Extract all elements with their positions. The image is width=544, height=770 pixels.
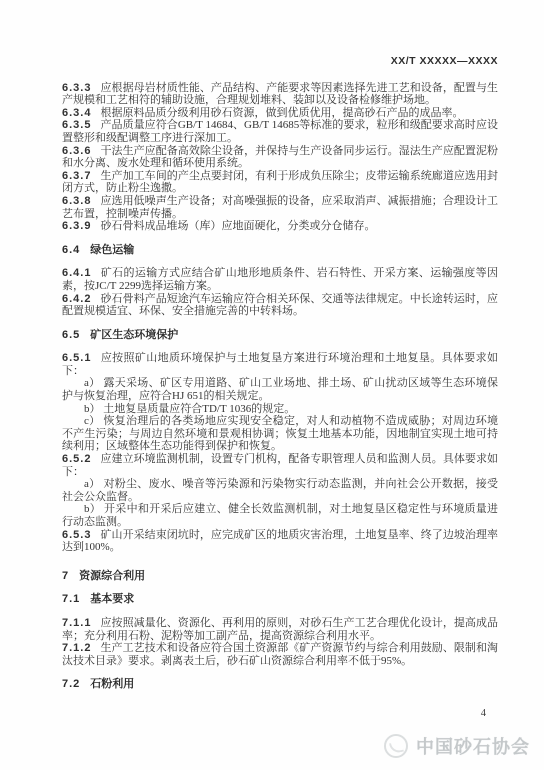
clause-6-5-2: 6.5.2应建立环境监测机制，设置专门机构，配备专职管理人员和监测人员。具体要求… <box>62 453 498 478</box>
chapter-title: 资源综合利用 <box>79 570 145 582</box>
clause-6-3-6: 6.3.6干法生产应配备高效除尘设备，并保持与生产设备同步运行。湿法生产应配置泥… <box>62 145 498 170</box>
standard-number-header: XX/T XXXXX—XXXX <box>62 55 498 68</box>
clause-6-3-8: 6.3.8应选用低噪声生产设备；对高噪强振的设备，应采取消声、减振措施；合理设计… <box>62 195 498 220</box>
section-number: 7.2 <box>62 678 80 690</box>
list-item-a: a） 露天采场、矿区专用道路、矿山工业场地、排土场、矿山扰动区域等生态环境保护与… <box>62 377 498 402</box>
clause-text: 应根据母岩材质性能、产品结构、产能要求等因素选择先进工艺和设备，配置与生产规模和… <box>62 82 498 107</box>
clause-number: 6.3.4 <box>62 107 91 119</box>
clause-6-4-2: 6.4.2砂石骨料产品短途汽车运输应符合相关环保、交通等法律规定。中长途转运时，… <box>62 293 498 318</box>
association-logo-icon <box>384 734 408 758</box>
clause-number: 6.4.1 <box>62 267 91 279</box>
section-title: 绿色运输 <box>90 244 134 256</box>
clause-6-4-1: 6.4.1矿石的运输方式应结合矿山地形地质条件、岩石特性、开采方案、运输强度等因… <box>62 267 498 292</box>
clause-6-3-4: 6.3.4根据原料品质分级利用砂石资源，做到优质优用，提高砂石产品的成品率。 <box>62 107 498 120</box>
section-heading-7-2: 7.2石粉利用 <box>62 678 498 691</box>
clause-text: 根据原料品质分级利用砂石资源，做到优质优用，提高砂石产品的成品率。 <box>100 107 463 119</box>
clause-6-3-5: 6.3.5产品质量应符合GB/T 14684、GB/T 14685等标准的要求，… <box>62 119 498 144</box>
section-number: 7.1 <box>62 593 80 605</box>
clause-text: 产品质量应符合GB/T 14684、GB/T 14685等标准的要求，粒形和级配… <box>62 119 498 144</box>
clause-6-5-1: 6.5.1应按照矿山地质环境保护与土地复垦方案进行环境治理和土地复垦。具体要求如… <box>62 352 498 377</box>
page-number: 4 <box>481 708 486 719</box>
clause-number: 6.4.2 <box>62 293 91 305</box>
clause-text: 应选用低噪声生产设备；对高噪强振的设备，应采取消声、减振措施；合理设计工艺布置，… <box>62 195 498 220</box>
clause-number: 6.3.3 <box>62 82 91 94</box>
clause-text: 矿山开采结束闭坑时，应完成矿区的地质灾害治理，土地复垦率、终了边坡治理率达到10… <box>62 529 498 554</box>
clause-number: 6.3.6 <box>62 145 91 157</box>
clause-6-5-3: 6.5.3矿山开采结束闭坑时，应完成矿区的地质灾害治理，土地复垦率、终了边坡治理… <box>62 529 498 554</box>
clause-number: 7.1.1 <box>62 617 91 629</box>
clause-number: 6.3.8 <box>62 195 91 207</box>
clause-number: 6.3.7 <box>62 170 91 182</box>
clause-6-3-7: 6.3.7生产加工车间的产尘点要封闭，有利于形成负压除尘；皮带运输系统廊道应选用… <box>62 170 498 195</box>
chapter-heading-7: 7资源综合利用 <box>62 570 498 583</box>
standard-document-page: XX/T XXXXX—XXXX 6.3.3应根据母岩材质性能、产品结构、产能要求… <box>0 0 544 770</box>
section-title: 基本要求 <box>90 593 134 605</box>
section-heading-6-4: 6.4绿色运输 <box>62 244 498 257</box>
section-title: 石粉利用 <box>90 678 134 690</box>
clause-text: 应建立环境监测机制，设置专门机构，配备专职管理人员和监测人员。具体要求如下： <box>62 453 498 478</box>
clause-6-3-3: 6.3.3应根据母岩材质性能、产品结构、产能要求等因素选择先进工艺和设备，配置与… <box>62 82 498 107</box>
list-item-a: a） 对粉尘、废水、噪音等污染源和污染物实行动态监测，并向社会公开数据，接受社会… <box>62 478 498 503</box>
clause-number: 6.5.1 <box>62 352 91 364</box>
clause-text: 应按照减量化、资源化、再利用的原则，对砂石生产工艺合理优化设计，提高成品率；充分… <box>62 617 498 642</box>
clause-number: 6.3.9 <box>62 220 91 232</box>
section-number: 6.5 <box>62 329 80 341</box>
clause-text: 生产加工车间的产尘点要封闭，有利于形成负压除尘；皮带运输系统廊道应选用封闭方式，… <box>62 170 498 195</box>
clause-number: 6.5.3 <box>62 529 91 541</box>
section-heading-7-1: 7.1基本要求 <box>62 593 498 606</box>
section-title: 矿区生态环境保护 <box>90 329 178 341</box>
footer-brand: 中国砂石协会 <box>384 733 530 759</box>
clause-text: 砂石骨料产品短途汽车运输应符合相关环保、交通等法律规定。中长途转运时，应配置规模… <box>62 293 498 318</box>
document-content: XX/T XXXXX—XXXX 6.3.3应根据母岩材质性能、产品结构、产能要求… <box>0 0 544 691</box>
clause-6-3-9: 6.3.9砂石骨料成品堆场（库）应地面硬化，分类或分仓储存。 <box>62 220 498 233</box>
chapter-number: 7 <box>62 570 69 582</box>
clause-text: 干法生产应配备高效除尘设备，并保持与生产设备同步运行。湿法生产应配置泥粉和水分离… <box>62 145 498 170</box>
clause-text: 矿石的运输方式应结合矿山地形地质条件、岩石特性、开采方案、运输强度等因素，按JC… <box>62 267 498 292</box>
clause-7-1-2: 7.1.2生产工艺技术和设备应符合国土资源部《矿产资源节约与综合利用鼓励、限制和… <box>62 642 498 667</box>
section-number: 6.4 <box>62 244 80 256</box>
list-item-c: c） 恢复治理后的各类场地应实现安全稳定，对人和动植物不造成威胁；对周边环境不产… <box>62 415 498 453</box>
list-item-b: b） 土地复垦质量应符合TD/T 1036的规定。 <box>62 403 498 416</box>
section-heading-6-5: 6.5矿区生态环境保护 <box>62 329 498 342</box>
association-name: 中国砂石协会 <box>416 733 530 759</box>
clause-number: 6.5.2 <box>62 453 91 465</box>
clause-number: 7.1.2 <box>62 642 91 654</box>
clause-text: 砂石骨料成品堆场（库）应地面硬化，分类或分仓储存。 <box>100 220 375 232</box>
clause-7-1-1: 7.1.1应按照减量化、资源化、再利用的原则，对砂石生产工艺合理优化设计，提高成… <box>62 617 498 642</box>
list-item-b: b） 开采中和开采后应建立、健全长效监测机制，对土地复垦区稳定性与环境质量进行动… <box>62 503 498 528</box>
clause-text: 生产工艺技术和设备应符合国土资源部《矿产资源节约与综合利用鼓励、限制和淘汰技术目… <box>62 642 498 667</box>
clause-number: 6.3.5 <box>62 119 91 131</box>
clause-text: 应按照矿山地质环境保护与土地复垦方案进行环境治理和土地复垦。具体要求如下： <box>62 352 498 377</box>
